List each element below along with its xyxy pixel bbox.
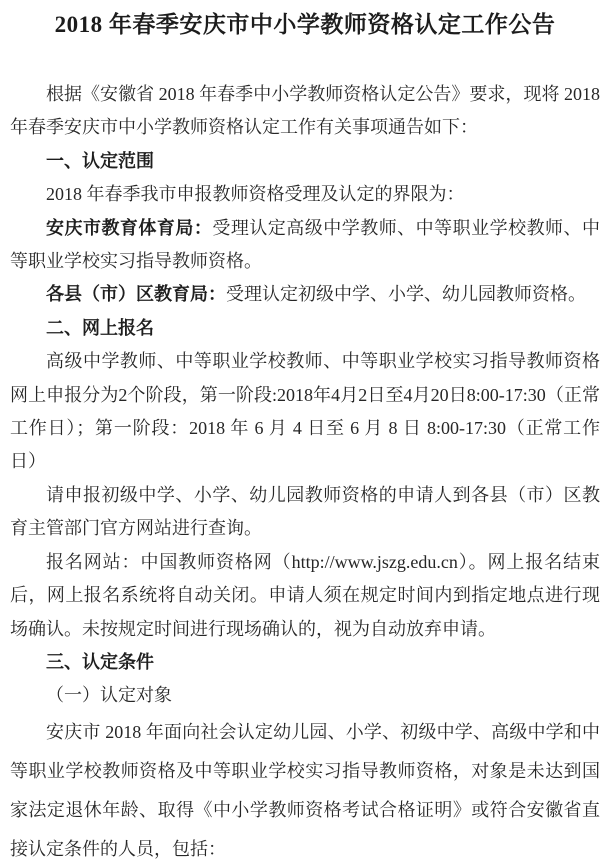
paragraph: 请申报初级中学、小学、幼儿园教师资格的申请人到各县（市）区教育主管部门官方网站进… <box>10 479 600 546</box>
text-run: 请申报初级中学、小学、幼儿园教师资格的申请人到各县（市）区教育主管部门官方网站进… <box>10 485 600 538</box>
paragraph: 高级中学教师、中等职业学校教师、中等职业学校实习指导教师资格网上申报分为2个阶段… <box>10 345 600 479</box>
text-run: 受理认定初级中学、小学、幼儿园教师资格。 <box>226 284 586 304</box>
paragraph: 各县（市）区教育局：受理认定初级中学、小学、幼儿园教师资格。 <box>10 278 600 311</box>
section-heading: 三、认定条件 <box>10 646 600 679</box>
paragraph: 报名网站：中国教师资格网（http://www.jszg.edu.cn）。网上报… <box>10 546 600 646</box>
text-run: 报名网站：中国教师资格网（http://www.jszg.edu.cn）。网上报… <box>10 552 600 639</box>
text-run: （一）认定对象 <box>46 685 172 705</box>
text-run: 安庆市 2018 年面向社会认定幼儿园、小学、初级中学、高级中学和中等职业学校教… <box>10 722 600 859</box>
paragraph: 2018 年春季我市申报教师资格受理及认定的界限为： <box>10 178 600 211</box>
document-page: 2018 年春季安庆市中小学教师资格认定工作公告 根据《安徽省 2018 年春季… <box>0 0 616 867</box>
text-run: 高级中学教师、中等职业学校教师、中等职业学校实习指导教师资格网上申报分为2个阶段… <box>10 351 600 471</box>
document-title: 2018 年春季安庆市中小学教师资格认定工作公告 <box>10 8 600 42</box>
bold-text-run: 三、认定条件 <box>46 652 154 672</box>
paragraph: 根据《安徽省 2018 年春季中小学教师资格认定公告》要求，现将 2018 年春… <box>10 78 600 145</box>
bold-text-run: 二、网上报名 <box>46 318 154 338</box>
text-run: 2018 年春季我市申报教师资格受理及认定的界限为： <box>46 184 465 204</box>
paragraph: （一）认定对象 <box>10 679 600 712</box>
paragraph: 安庆市 2018 年面向社会认定幼儿园、小学、初级中学、高级中学和中等职业学校教… <box>10 713 600 867</box>
bold-text-run: 一、认定范围 <box>46 151 154 171</box>
section-heading: 一、认定范围 <box>10 145 600 178</box>
section-heading: 二、网上报名 <box>10 312 600 345</box>
text-run: 根据《安徽省 2018 年春季中小学教师资格认定公告》要求，现将 2018 年春… <box>10 84 600 137</box>
bold-text-run: 安庆市教育体育局： <box>46 218 212 238</box>
document-body: 根据《安徽省 2018 年春季中小学教师资格认定公告》要求，现将 2018 年春… <box>10 78 600 867</box>
bold-text-run: 各县（市）区教育局： <box>46 284 226 304</box>
paragraph: 安庆市教育体育局：受理认定高级中学教师、中等职业学校教师、中等职业学校实习指导教… <box>10 212 600 279</box>
